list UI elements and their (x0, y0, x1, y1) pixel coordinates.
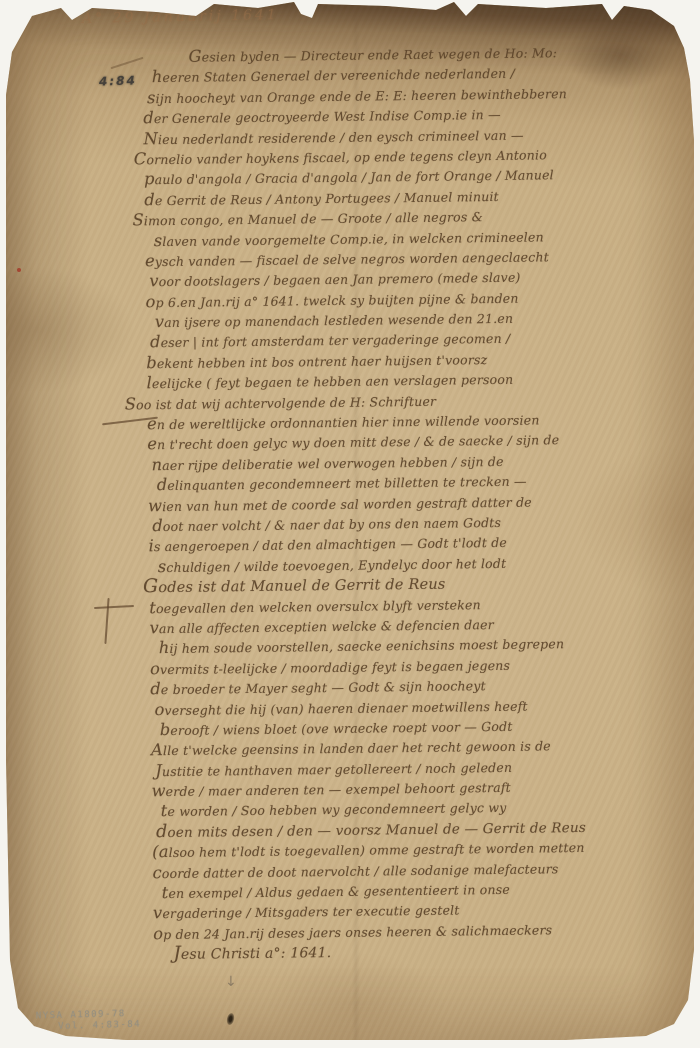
pen-flourish (111, 57, 144, 69)
pen-flourish-cross (94, 605, 134, 609)
manuscript-dateline: A° 29 Januarij 1641 (82, 6, 279, 28)
ink-blot (226, 1012, 235, 1025)
red-speck (17, 268, 21, 272)
archive-reference-label: NYSA A1809-78 Vol. 4:83-84 (36, 1009, 142, 1034)
parchment-sheet: A° 29 Januarij 1641 4:84 Gesien byden — … (6, 0, 694, 1042)
manuscript-text-block: Gesien byden — Directeur ende Raet wegen… (142, 41, 683, 965)
pencil-arrow-mark: ↓ (225, 974, 237, 990)
folio-number-pencil: 4:84 (99, 73, 137, 88)
pen-flourish-cross (104, 598, 109, 644)
archive-volume-ref: Vol. 4:83-84 (58, 1020, 141, 1033)
